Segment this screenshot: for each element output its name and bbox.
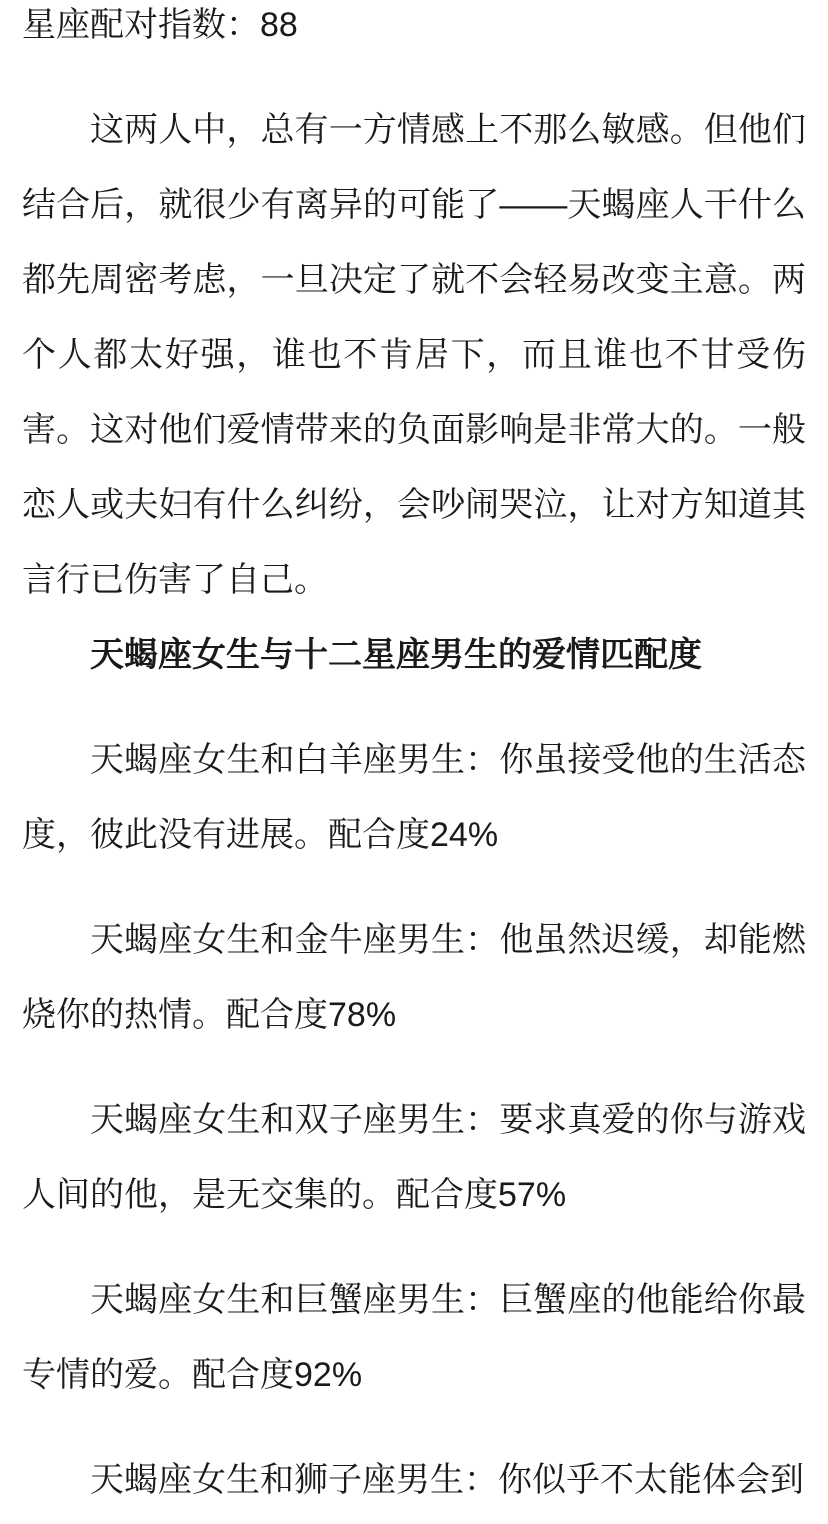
match-paragraph-cancer: 天蝎座女生和巨蟹座男生：巨蟹座的他能给你最专情的爱。配合度92% <box>22 1263 806 1413</box>
match-paragraph-leo: 天蝎座女生和狮子座男生：你似乎不太能体会到 <box>22 1443 806 1518</box>
article-body: 星座配对指数：88 这两人中，总有一方情感上不那么敏感。但他们结合后，就很少有离… <box>0 0 828 1518</box>
match-paragraph-gemini: 天蝎座女生和双子座男生：要求真爱的你与游戏人间的他，是无交集的。配合度57% <box>22 1083 806 1233</box>
match-paragraph-taurus: 天蝎座女生和金牛座男生：他虽然迟缓，却能燃烧你的热情。配合度78% <box>22 903 806 1053</box>
match-paragraph-aries: 天蝎座女生和白羊座男生：你虽接受他的生活态度，彼此没有进展。配合度24% <box>22 723 806 873</box>
pairing-score-line: 星座配对指数：88 <box>22 0 806 63</box>
intro-paragraph: 这两人中，总有一方情感上不那么敏感。但他们结合后，就很少有离异的可能了——天蝎座… <box>22 93 806 618</box>
page: { "page": { "background_color": "#ffffff… <box>0 0 828 1524</box>
section-heading: 天蝎座女生与十二星座男生的爱情匹配度 <box>22 618 806 693</box>
